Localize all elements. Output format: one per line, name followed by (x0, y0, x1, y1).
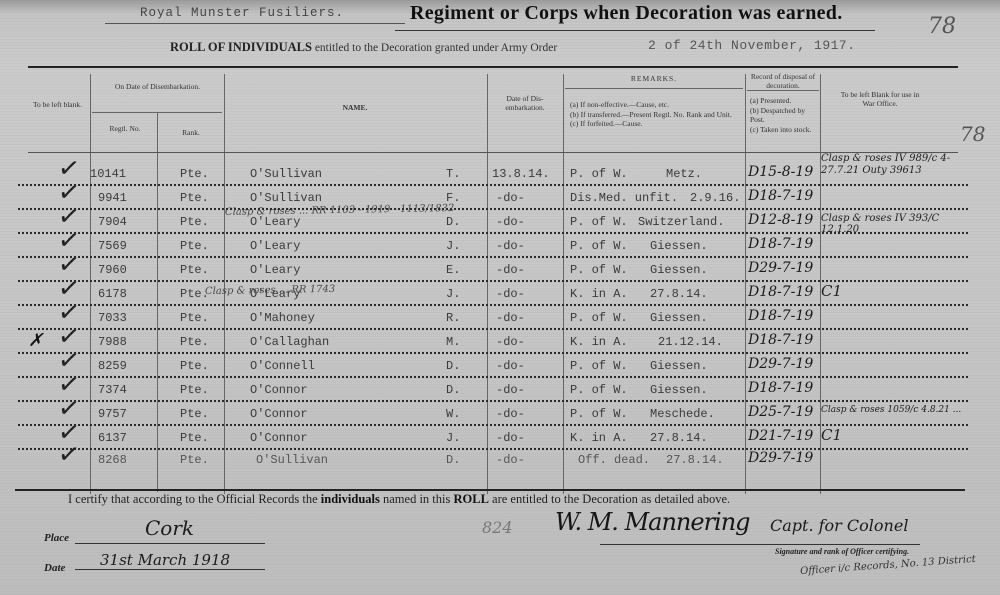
surname: O'Connor (250, 407, 308, 421)
remark-place: 2.9.16. (690, 191, 740, 205)
disembark-date: -do- (496, 407, 525, 421)
roll-heading: ROLL OF INDIVIDUALS entitled to the Deco… (170, 40, 557, 55)
disposal-date: D29-7-19 (748, 450, 813, 466)
initial: J. (446, 431, 460, 445)
header-left-blank: To be left blank. (30, 100, 85, 109)
rank: Pte. (180, 167, 209, 181)
disposal-date: D18-7-19 (748, 332, 813, 348)
regtl-no: 7988 (98, 335, 127, 349)
header-sub-rule (747, 90, 819, 91)
signature-rank: Capt. for Colonel (770, 516, 908, 535)
regtl-no: 10141 (90, 167, 126, 181)
remark: P. of W. (570, 239, 628, 253)
war-office-note: C1 (821, 282, 842, 300)
initial: T. (446, 167, 460, 181)
table-bottom-rule (15, 489, 965, 491)
surname: O'Connor (250, 431, 308, 445)
table-row: ✓ 6178 Pte. O'Leary J. -do- K. in A. 27.… (18, 282, 968, 306)
disposal-date: D18-7-19 (748, 188, 813, 204)
remark-place: Meschede. (650, 407, 715, 421)
disembark-date: -do- (496, 191, 525, 205)
army-order: 2 of 24th November, 1917. (648, 38, 856, 53)
initial: D. (446, 383, 460, 397)
certify-bold-2: ROLL (453, 492, 488, 506)
signature-underline (600, 544, 920, 545)
remark: P. of W. (570, 215, 628, 229)
remark-place: 27.8.14. (666, 453, 724, 467)
table-row: ✓ 7960 Pte. O'Leary E. -do- P. of W. Gie… (18, 258, 968, 282)
margin-mark-icon: ✗ (28, 330, 43, 351)
table-row: ✓ 10141 Pte. O'Sullivan T. 13.8.14. P. o… (18, 162, 968, 186)
certify-text-2: named in this (383, 492, 450, 506)
war-office-note: Clasp & roses 1059/c 4.8.21 ... (821, 405, 961, 415)
remark: K. in A. (570, 335, 628, 349)
surname: O'Connell (250, 359, 315, 373)
table-row: ✓ 8259 Pte. O'Connell D. -do- P. of W. G… (18, 354, 968, 378)
surname: O'Sullivan (250, 191, 322, 205)
header-disembarkation-group: On Date of Disembarkation. (95, 82, 220, 91)
disembark-date: -do- (496, 383, 525, 397)
remark-place: 27.8.14. (650, 287, 708, 301)
rank: Pte. (180, 239, 209, 253)
header-disposal-b: (b) Despatched by Post. (750, 106, 820, 125)
rank: Pte. (180, 311, 209, 325)
disembark-date: 13.8.14. (492, 167, 550, 181)
rank: Pte. (180, 287, 209, 301)
disembark-date: -do- (496, 287, 525, 301)
roll-label: ROLL OF INDIVIDUALS (170, 40, 312, 54)
disembark-date: -do- (496, 215, 525, 229)
folio-number: 78 (928, 14, 956, 39)
regtl-no: 7904 (98, 215, 127, 229)
place-value: Cork (145, 516, 194, 540)
rank: Pte. (180, 263, 209, 277)
regtl-no: 6178 (98, 287, 127, 301)
regtl-no: 9941 (98, 191, 127, 205)
surname: O'Leary (250, 287, 300, 301)
remark: P. of W. (570, 311, 628, 325)
remark: P. of W. (570, 263, 628, 277)
initial: M. (446, 335, 460, 349)
remark: K. in A. (570, 287, 628, 301)
regtl-no: 8259 (98, 359, 127, 373)
disembark-date: -do- (496, 239, 525, 253)
header-disposal: Record of disposal of decoration. (748, 72, 818, 90)
rank: Pte. (180, 359, 209, 373)
rank: Pte. (180, 335, 209, 349)
surname: O'Leary (250, 215, 300, 229)
table-row: ✓ 7569 Pte. O'Leary J. -do- P. of W. Gie… (18, 234, 968, 258)
rank: Pte. (180, 407, 209, 421)
title-underline (395, 30, 875, 31)
date-value: 31st March 1918 (100, 551, 230, 569)
remark-place: Switzerland. (638, 215, 724, 229)
remark: Off. dead. (578, 453, 650, 467)
table-row: ✓ 7374 Pte. O'Connor D. -do- P. of W. Gi… (18, 378, 968, 402)
surname: O'Sullivan (250, 167, 322, 181)
signature-caption: Signature and rank of Officer certifying… (775, 547, 909, 556)
header-disposal-a: (a) Presented. (750, 96, 820, 106)
rank: Pte. (180, 431, 209, 445)
rank: Pte. (180, 191, 209, 205)
disposal-date: D18-7-19 (748, 380, 813, 396)
header-sub-rule (92, 112, 222, 113)
place-field: Place (44, 528, 69, 546)
regiment-underline (105, 23, 405, 24)
remark: P. of W. (570, 407, 628, 421)
disposal-date: D21-7-19 (748, 428, 813, 444)
disembark-date: -do- (496, 453, 525, 467)
date-label: Date (44, 562, 65, 574)
disposal-date: D18-7-19 (748, 284, 813, 300)
certify-text-3: are entitled to the Decoration as detail… (492, 492, 730, 506)
initial: E. (446, 263, 460, 277)
remark-place: Giessen. (650, 239, 708, 253)
surname: O'Mahoney (250, 311, 315, 325)
header-regtl-no: Regtl. No. (95, 124, 155, 133)
disposal-date: D29-7-19 (748, 260, 813, 276)
regtl-no: 7033 (98, 311, 127, 325)
surname: O'Leary (250, 263, 300, 277)
header-name: NAME. (230, 103, 480, 112)
remark-place: Giessen. (650, 263, 708, 277)
surname: O'Leary (250, 239, 300, 253)
remark: Dis.Med. unfit. (570, 191, 678, 205)
certify-text-1: I certify that according to the Official… (68, 492, 318, 506)
war-office-note: C1 (821, 426, 842, 444)
disposal-date: D18-7-19 (748, 308, 813, 324)
certification-statement: I certify that according to the Official… (68, 492, 730, 507)
disembark-date: -do- (496, 335, 525, 349)
column-headers: To be left blank. On Date of Disembarkat… (0, 68, 1000, 156)
remark-place: Metz. (666, 167, 702, 181)
disembark-date: -do- (496, 431, 525, 445)
roll-text: entitled to the Decoration granted under… (315, 42, 557, 54)
header-remarks-b: (b) If transferred.—Present Regtl. No. R… (570, 110, 742, 120)
remark-place: Giessen. (650, 383, 708, 397)
surname: O'Callaghan (250, 335, 329, 349)
regtl-no: 7374 (98, 383, 127, 397)
table-row: ✓ 8268 Pte. O'Sullivan D. -do- Off. dead… (18, 450, 968, 470)
regtl-no: 8268 (98, 453, 127, 467)
date-underline (75, 569, 265, 570)
date-field: Date (44, 558, 65, 576)
regtl-no: 7960 (98, 263, 127, 277)
surname: O'Connor (250, 383, 308, 397)
remark-place: 21.12.14. (658, 335, 723, 349)
remark-place: Giessen. (650, 311, 708, 325)
disposal-date: D25-7-19 (748, 404, 813, 420)
disposal-date: D29-7-19 (748, 356, 813, 372)
rank: Pte. (180, 453, 209, 467)
table-row: ✓ 7904 Pte. O'Leary D. -do- P. of W. Swi… (18, 210, 968, 234)
signature-subtitle: Officer i/c Records, No. 13 District (800, 554, 976, 577)
place-underline (75, 543, 265, 544)
header-war-office: To be left Blank for use in War Office. (840, 90, 920, 108)
initial: D. (446, 215, 460, 229)
page-title: Regiment or Corps when Decoration was ea… (410, 2, 843, 25)
regtl-no: 7569 (98, 239, 127, 253)
regiment-name: Royal Munster Fusiliers. (140, 6, 344, 20)
rank: Pte. (180, 383, 209, 397)
table-row: ✓ 6137 Pte. O'Connor J. -do- K. in A. 27… (18, 426, 968, 450)
war-office-note: Clasp & roses IV 989/c 4-27.7.21 Outy 39… (821, 153, 981, 177)
medal-roll-page: Royal Munster Fusiliers. Regiment or Cor… (0, 0, 1000, 595)
header-disposal-c: (c) Taken into stock. (750, 125, 820, 135)
certify-bold-1: individuals (321, 492, 380, 506)
initial: D. (446, 453, 460, 467)
regtl-no: 6137 (98, 431, 127, 445)
header-bottom-rule (28, 152, 958, 153)
table-row: ✓ 9757 Pte. O'Connor W. -do- P. of W. Me… (18, 402, 968, 426)
table-row: ✓ 7033 Pte. O'Mahoney R. -do- P. of W. G… (18, 306, 968, 330)
disposal-date: D15-8-19 (748, 164, 813, 180)
remark-place: Giessen. (650, 359, 708, 373)
side-number: 824 (482, 518, 513, 537)
check-mark-icon: ✓ (56, 439, 82, 472)
header-remarks-c: (c) If forfeited.—Cause. (570, 119, 742, 129)
initial: D. (446, 359, 460, 373)
header-remarks-a: (a) If non-effective.—Cause, etc. (570, 100, 742, 110)
surname: O'Sullivan (256, 453, 328, 467)
header-remarks: REMARKS. (566, 74, 742, 83)
disembark-date: -do- (496, 311, 525, 325)
officer-signature: W. M. Mannering (555, 508, 750, 536)
remark: P. of W. (570, 359, 628, 373)
initial: J. (446, 239, 460, 253)
header-sub-rule (565, 88, 743, 89)
disposal-date: D18-7-19 (748, 236, 813, 252)
initial: J. (446, 287, 460, 301)
disembark-date: -do- (496, 359, 525, 373)
header-rank: Rank. (160, 128, 222, 137)
initial: W. (446, 407, 460, 421)
header-disposal-detail: (a) Presented. (b) Despatched by Post. (… (750, 96, 820, 134)
initial: R. (446, 311, 460, 325)
place-label: Place (44, 532, 69, 544)
remark-place: 27.8.14. (650, 431, 708, 445)
remark: P. of W. (570, 167, 628, 181)
remark: K. in A. (570, 431, 628, 445)
header-remarks-detail: (a) If non-effective.—Cause, etc. (b) If… (570, 100, 742, 129)
disposal-date: D12-8-19 (748, 212, 813, 228)
regtl-no: 9757 (98, 407, 127, 421)
table-row: ✗ ✓ 7988 Pte. O'Callaghan M. -do- K. in … (18, 330, 968, 354)
disembark-date: -do- (496, 263, 525, 277)
rank: Pte. (180, 215, 209, 229)
header-date-disembarkation: Date of Dis-embarkation. (490, 94, 560, 112)
remark: P. of W. (570, 383, 628, 397)
table-row: ✓ 9941 Pte. O'Sullivan F. -do- Dis.Med. … (18, 186, 968, 210)
